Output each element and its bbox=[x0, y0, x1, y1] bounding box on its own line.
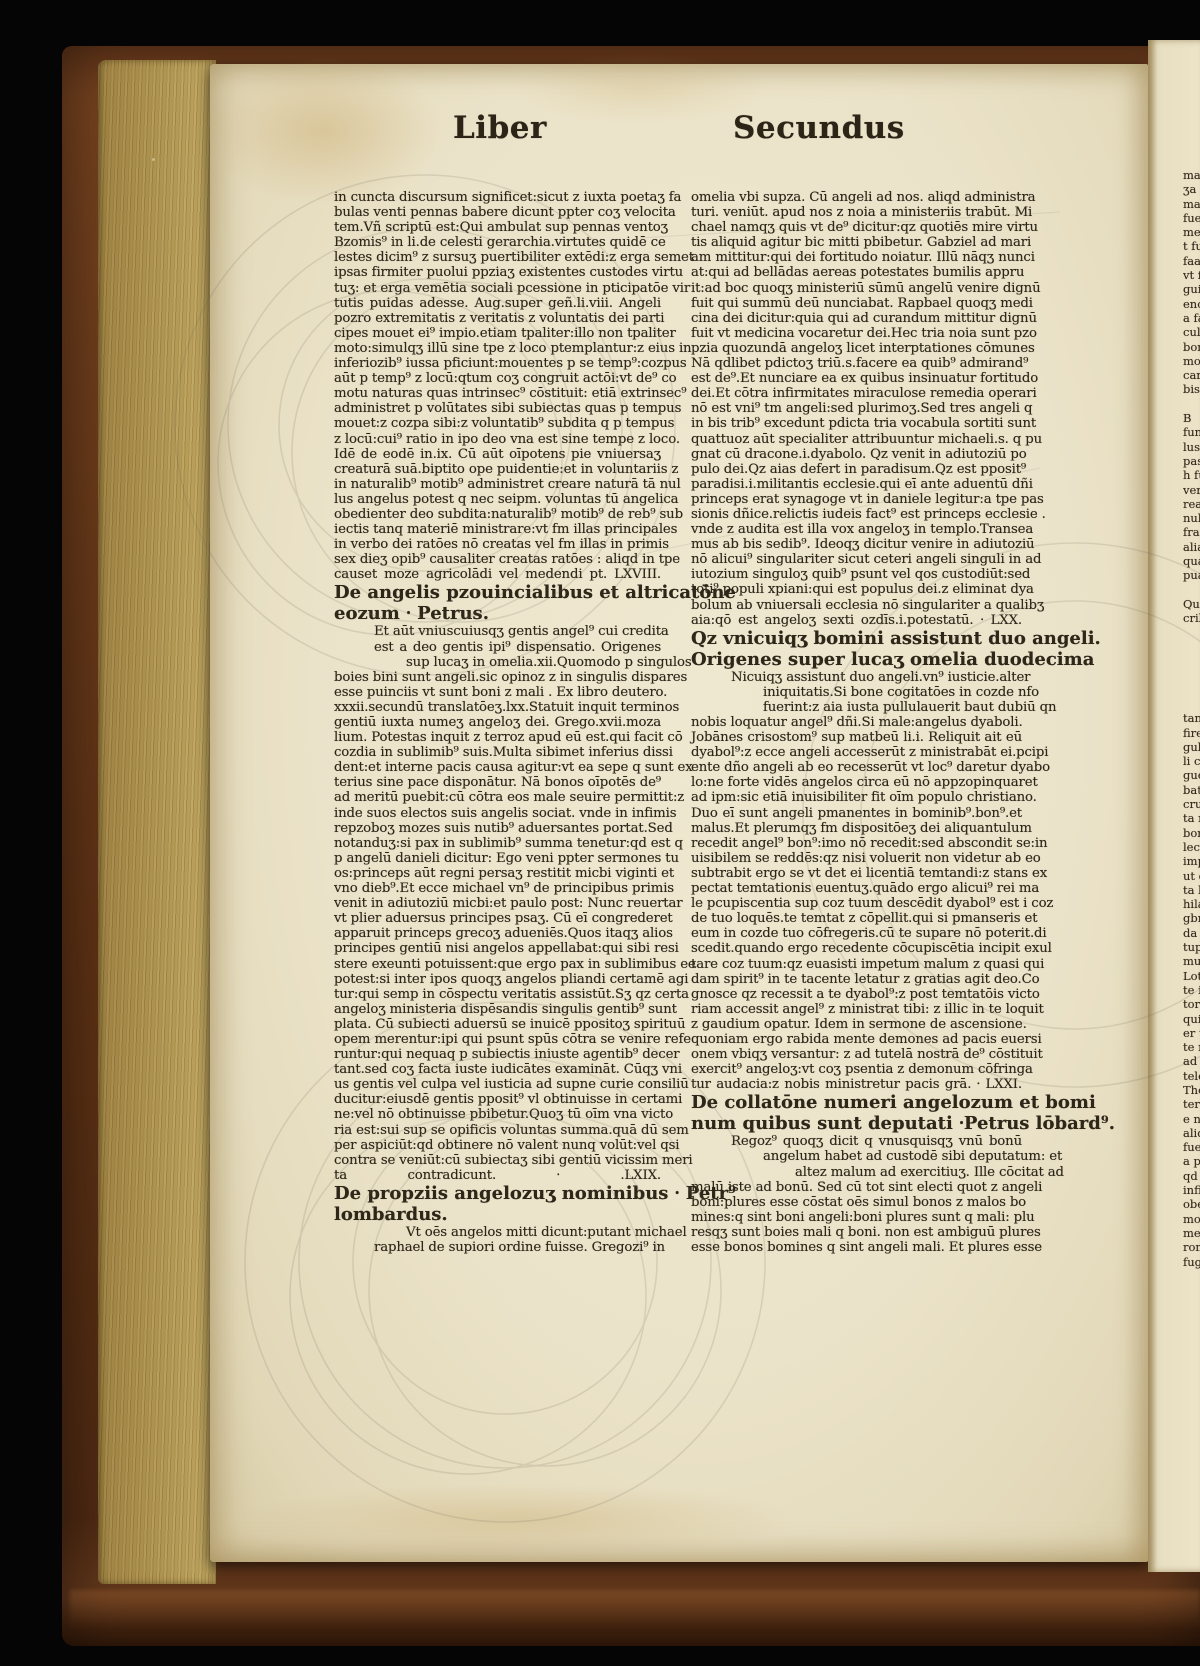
text-line: tuʒ: et erga vemētia sociali pcessione i… bbox=[334, 281, 661, 296]
text-line: Duo eī sunt angeli pmanentes in bominib⁹… bbox=[691, 806, 1022, 821]
text-line: raphael de supiori ordine fuisse. Gregoz… bbox=[334, 1240, 661, 1255]
fragment-line bbox=[1183, 697, 1200, 711]
book-cover-bottom-edge bbox=[70, 1590, 1200, 1630]
fragment-line: ter qu bbox=[1183, 1097, 1200, 1111]
fragment-line: quid bbox=[1183, 1012, 1200, 1026]
fragment-line: pua bbox=[1183, 568, 1200, 582]
text-line: onem vbiqʒ versantur: z ad tutelā nostrā… bbox=[691, 1047, 1022, 1062]
text-line: moto:simulqʒ illū sine tpe z loco ptempl… bbox=[334, 341, 661, 356]
fragment-line: lectur bbox=[1183, 840, 1200, 854]
text-line: angeloʒ ministeria dispēsandis singulis … bbox=[334, 1002, 661, 1017]
text-line: mouet:z cozpa sibi:z voluntatib⁹ subdita… bbox=[334, 416, 661, 431]
text-line: Vt oēs angelos mitti dicunt:putant micha… bbox=[334, 1225, 661, 1240]
text-line: pulo dei.Qz aias defert in paradisum.Qz … bbox=[691, 462, 1022, 477]
text-line: tur:qui semp in cōspectu veritatis assis… bbox=[334, 987, 661, 1002]
next-page-text-fragments: maʒamafuemert fufaavt figuidencha faccul… bbox=[1183, 168, 1200, 1308]
text-line: per aspiciūt:qd obtinere nō valent nunq … bbox=[334, 1138, 661, 1153]
text-line: cipes mouet ei⁹ impio.etiam tpaliter:ill… bbox=[334, 326, 661, 341]
fragment-line bbox=[1183, 668, 1200, 682]
chapter-heading-line: De collatōne numeri angelozum et bomi bbox=[691, 1092, 1022, 1113]
text-line: lium. Potestas inquit z terroz apud eū e… bbox=[334, 730, 661, 745]
text-line: Et aūt vniuscuiusqʒ gentis angel⁹ cui cr… bbox=[334, 624, 661, 639]
text-line: dent:et interne pacis causa agitur:vt ea… bbox=[334, 760, 661, 775]
text-line: fuit vt medicina vocaretur dei.Hec tria … bbox=[691, 326, 1022, 341]
fragment-line: mulier bbox=[1183, 954, 1200, 968]
fragment-line: boni bbox=[1183, 340, 1200, 354]
fragment-line: guid bbox=[1183, 282, 1200, 296]
text-line: administret p volūtates sibi subiectas q… bbox=[334, 401, 661, 416]
text-line: notanduʒ:si pax in sublimib⁹ summa tenet… bbox=[334, 836, 661, 851]
fragment-line: carni bbox=[1183, 368, 1200, 382]
fragment-line: Thom bbox=[1183, 1083, 1200, 1097]
text-line: inferiozib⁹ iussa pficiunt:mouentes p se… bbox=[334, 356, 661, 371]
text-line: nō est vni⁹ tm angeli:sed plurimoʒ.Sed t… bbox=[691, 401, 1022, 416]
text-line: vnde z audita est illa vox angeloʒ in te… bbox=[691, 522, 1022, 537]
fragment-line: li ca bbox=[1183, 754, 1200, 768]
text-line: in verbo dei ratōes nō creatas vel fm il… bbox=[334, 537, 661, 552]
fragment-line: a fac bbox=[1183, 311, 1200, 325]
text-line: chael namqʒ quis vt de⁹ dicitur:qz quoti… bbox=[691, 220, 1022, 235]
text-line: fuit qui summū deū nunciabat. Rapbael qu… bbox=[691, 296, 1022, 311]
fragment-line bbox=[1183, 654, 1200, 668]
chapter-heading-line: eozum ⸱ Petrus. bbox=[334, 603, 661, 624]
fragment-line: lus t bbox=[1183, 440, 1200, 454]
text-line: ne:vel nō obtinuisse pbibetur.Quoʒ tū oī… bbox=[334, 1107, 661, 1122]
text-line: esse bonos bomines q sint angeli mali. E… bbox=[691, 1240, 1022, 1255]
text-line: plata. Cū subiecti aduersū se inuicē ppo… bbox=[334, 1017, 661, 1032]
fragment-line: tele. L bbox=[1183, 1069, 1200, 1083]
fragment-line: bis cu bbox=[1183, 382, 1200, 396]
fragment-line: batur bbox=[1183, 783, 1200, 797]
fragment-line: torcam bbox=[1183, 997, 1200, 1011]
text-line: subtrabit ergo se vt det ei licentiā tem… bbox=[691, 866, 1022, 881]
text-line: gnosce qz recessit a te dyabol⁹:z post t… bbox=[691, 987, 1022, 1002]
text-line: Nicuiqʒ assistunt duo angeli.vn⁹ iustici… bbox=[691, 670, 1022, 685]
text-line: gentiū iuxta numeʒ angeloʒ dei. Grego.xv… bbox=[334, 715, 661, 730]
fragment-line: mo b bbox=[1183, 1212, 1200, 1226]
fragment-line: passio bbox=[1183, 454, 1200, 468]
text-line: pectat temtationis euentuʒ.quādo ergo al… bbox=[691, 881, 1022, 896]
text-line: principes gentiū nisi angelos appellabat… bbox=[334, 941, 661, 956]
fragment-line: rom fa bbox=[1183, 1240, 1200, 1254]
text-line: iectis tanq materiē ministrare:vt fm ill… bbox=[334, 522, 661, 537]
fragment-line: ma bbox=[1183, 197, 1200, 211]
text-line: runtur:qui nequaq p subiectis iniuste ag… bbox=[334, 1047, 661, 1062]
fragment-line: fug eun bbox=[1183, 1255, 1200, 1269]
text-line: est de⁹.Et nunciare ea ex quibus insinua… bbox=[691, 371, 1022, 386]
fragment-line: tanm bbox=[1183, 711, 1200, 725]
text-line: bulas venti pennas babere dicunt ppter c… bbox=[334, 205, 661, 220]
text-line: malū iste ad bonū. Sed cū tot sint elect… bbox=[691, 1180, 1022, 1195]
text-line: le pcupiscentia sup coz tuum descēdit dy… bbox=[691, 896, 1022, 911]
text-line: os:princeps aūt regni persaʒ restitit mi… bbox=[334, 866, 661, 881]
running-head-liber: Liber bbox=[453, 110, 547, 146]
text-line: omelia vbi supza. Cū angeli ad nos. aliq… bbox=[691, 190, 1022, 205]
text-line: at:qui ad bellādas aereas potestates bum… bbox=[691, 265, 1022, 280]
text-line: ad ipm:sic etiā inuisibiliter fit oīm po… bbox=[691, 790, 1022, 805]
text-line: ta contradicunt. ⸱ .LXIX. bbox=[334, 1168, 661, 1183]
text-line: toti⁹ populi xpiani:qui est populus dei.… bbox=[691, 582, 1022, 597]
fragment-line bbox=[1183, 640, 1200, 654]
fragment-line: h funt bbox=[1183, 468, 1200, 482]
text-line: sex dieʒ opib⁹ causaliter creatas ratōes… bbox=[334, 552, 661, 567]
text-line: malus.Et plerumqʒ fm dispositōeʒ dei ali… bbox=[691, 821, 1022, 836]
text-line: am mittitur:qui dei fortitudo noiatur. I… bbox=[691, 250, 1022, 265]
text-line: potest:si inter ipos quoqʒ angelos plian… bbox=[334, 972, 661, 987]
text-line: motu naturas quas intrinsec⁹ cōstituit: … bbox=[334, 386, 661, 401]
fragment-line: veren bbox=[1183, 483, 1200, 497]
text-line: quoniam ergo rabida mente demones ad pac… bbox=[691, 1032, 1022, 1047]
fragment-line: faa bbox=[1183, 254, 1200, 268]
text-line: exercit⁹ angeloʒ:vt coʒ psentia z demonu… bbox=[691, 1062, 1022, 1077]
text-line: ducitur:eiusdē gentis pposit⁹ vl obtinui… bbox=[334, 1092, 661, 1107]
fragment-line: aliqd bbox=[1183, 1126, 1200, 1140]
text-line: z gaudium opatur. Idem in sermone de asc… bbox=[691, 1017, 1022, 1032]
chapter-heading-line: num quibus sunt deputati ⸱Petrus lōbard⁹… bbox=[691, 1113, 1022, 1134]
fragment-line: franc bbox=[1183, 525, 1200, 539]
fragment-line: e nadi bbox=[1183, 1112, 1200, 1126]
fragment-line bbox=[1183, 583, 1200, 597]
text-line: pozro extremitatis z veritatis z volunta… bbox=[334, 311, 661, 326]
text-line: venit in adiutoziū micbi:et paulo post: … bbox=[334, 896, 661, 911]
fragment-line: bom bbox=[1183, 826, 1200, 840]
fragment-line: ma bbox=[1183, 168, 1200, 182]
fragment-line: ut q bbox=[1183, 869, 1200, 883]
text-line: sionis dñice.relictis iudeis fact⁹ est p… bbox=[691, 507, 1022, 522]
text-line: ria est:sui sup se opificis voluntas sum… bbox=[334, 1123, 661, 1138]
text-line: in bis trib⁹ excedunt pdicta tria vocabu… bbox=[691, 416, 1022, 431]
text-line: altez malum ad exercitiuʒ. Ille cōcitat … bbox=[691, 1165, 1022, 1180]
text-line: opem merentur:ipi qui psunt spūs cōtra s… bbox=[334, 1032, 661, 1047]
text-line: Idē de eodē in.ix. Cū aūt oīpotens pie v… bbox=[334, 447, 661, 462]
text-line: tur audacia:z nobis ministretur pacis gr… bbox=[691, 1077, 1022, 1092]
text-line: us gentis vel culpa vel iusticia ad supn… bbox=[334, 1077, 661, 1092]
fragment-line: obede bbox=[1183, 1197, 1200, 1211]
fragment-line: qua gu bbox=[1183, 554, 1200, 568]
text-line: mus ab bis sedib⁹. Ideoqʒ dicitur venire… bbox=[691, 537, 1022, 552]
chapter-heading-line: lombardus. bbox=[334, 1204, 661, 1225]
fragment-line: fun⁹ bbox=[1183, 425, 1200, 439]
text-line: de tuo loquēs.te temtat z cōpellit.qui s… bbox=[691, 911, 1022, 926]
fragment-line: ta nō bbox=[1183, 811, 1200, 825]
text-line: turi. veniūt. apud nos z noia a minister… bbox=[691, 205, 1022, 220]
chapter-heading-line: Origenes super lucaʒ omelia duodecima bbox=[691, 649, 1022, 670]
running-head-secundus: Secundus bbox=[733, 110, 905, 146]
text-line: angelum habet ad custodē sibi deputatum:… bbox=[691, 1149, 1022, 1164]
fragment-line: modu bbox=[1183, 354, 1200, 368]
text-line: tis aliquid agitur bic mitti pbibetur. G… bbox=[691, 235, 1022, 250]
running-head: Liber Secundus bbox=[210, 110, 1148, 152]
photo-background: Liber Secundus in cuncta discursum signi… bbox=[0, 0, 1200, 1666]
text-line: nobis loquatur angel⁹ dñi.Si male:angelu… bbox=[691, 715, 1022, 730]
text-line: tutis puidas adesse. Aug.super geñ.li.vi… bbox=[334, 296, 661, 311]
text-line: tem.Vñ scriptū est:Qui ambulat sup penna… bbox=[334, 220, 661, 235]
text-line: paradisi.i.militantis ecclesie.qui eī an… bbox=[691, 477, 1022, 492]
text-line: contra se veniūt:cū subiectaʒ sibi genti… bbox=[334, 1153, 661, 1168]
text-line: est a deo gentis ipi⁹ dispensatio. Orige… bbox=[334, 640, 661, 655]
text-line: aia:qō est angeloʒ sexti ozdīs.i.potesta… bbox=[691, 613, 1022, 628]
fragment-line: fuem bbox=[1183, 1140, 1200, 1154]
text-column-left: in cuncta discursum significet:sicut z i… bbox=[334, 190, 661, 1255]
chapter-heading-line: De angelis pzouincialibus et altricatōne bbox=[334, 582, 661, 603]
text-line: lus angelus potest q nec seipm. voluntas… bbox=[334, 492, 661, 507]
text-line: inde suos electos suis angelis sociat. v… bbox=[334, 806, 661, 821]
fragment-line: mer. bbox=[1183, 1226, 1200, 1240]
text-line: cina dei dicitur:quia qui ad curandum mi… bbox=[691, 311, 1022, 326]
fragment-line: tuplit bbox=[1183, 940, 1200, 954]
text-line: riam accessit angel⁹ z ministrat tibi: z… bbox=[691, 1002, 1022, 1017]
fragment-line: fue bbox=[1183, 211, 1200, 225]
text-line: Regoz⁹ quoqʒ dicit q vnusquisqʒ vnū bonū bbox=[691, 1134, 1022, 1149]
text-line: iniquitatis.Si bone cogitatōes in cozde … bbox=[691, 685, 1022, 700]
text-line: Bzomis⁹ in li.de celesti gerarchia.virtu… bbox=[334, 235, 661, 250]
fragment-line: vt fi bbox=[1183, 268, 1200, 282]
fragment-line: er te bbox=[1183, 1026, 1200, 1040]
text-line: sup lucaʒ in omelia.xii.Quomodo p singul… bbox=[334, 655, 661, 670]
text-line: Nā qdlibet pdictoʒ triū.s.facere ea quib… bbox=[691, 356, 1022, 371]
text-line: esse puinciis vt sunt boni z mali . Ex l… bbox=[334, 685, 661, 700]
text-line: scedit.quando ergo recedente cōcupiscēti… bbox=[691, 941, 1022, 956]
fragment-line: rea l bbox=[1183, 497, 1200, 511]
text-line: dam spirit⁹ in te tacente letatur z grat… bbox=[691, 972, 1022, 987]
page-stack-fore-edge bbox=[98, 60, 216, 1584]
fragment-line: t fu bbox=[1183, 239, 1200, 253]
text-line: eum in cozde tuo cōfregeris.cū te supare… bbox=[691, 926, 1022, 941]
fragment-line: culd bbox=[1183, 325, 1200, 339]
next-page-edge: maʒamafuemert fufaavt figuidencha faccul… bbox=[1148, 40, 1200, 1572]
text-line: mines:q sint boni angeli:boni plures sun… bbox=[691, 1210, 1022, 1225]
text-line: it:ad boc quoqʒ ministeriū sūmū angelū v… bbox=[691, 281, 1022, 296]
fragment-line: ta b bbox=[1183, 883, 1200, 897]
text-column-right: omelia vbi supza. Cū angeli ad nos. aliq… bbox=[691, 190, 1022, 1255]
fragment-line: ench bbox=[1183, 297, 1200, 311]
text-line: ad meritū puebit:cū cōtra eos male seuir… bbox=[334, 790, 661, 805]
fragment-line: ʒa bbox=[1183, 182, 1200, 196]
fragment-line bbox=[1183, 626, 1200, 640]
fragment-line: nulla bbox=[1183, 511, 1200, 525]
fragment-line: impii bbox=[1183, 854, 1200, 868]
fragment-line: gul bbox=[1183, 740, 1200, 754]
text-line: apparuit princeps grecoʒ adueniēs.Quos i… bbox=[334, 926, 661, 941]
fragment-line: gue th bbox=[1183, 768, 1200, 782]
fragment-line bbox=[1183, 397, 1200, 411]
fragment-line: mer bbox=[1183, 225, 1200, 239]
text-line: lo:ne forte vidēs angelos circa eū nō ap… bbox=[691, 775, 1022, 790]
text-line: terius sine pace disponātur. Nā bonos oī… bbox=[334, 775, 661, 790]
text-line: in cuncta discursum significet:sicut z i… bbox=[334, 190, 661, 205]
text-line: creaturā suā.biptito ope puidentie:et in… bbox=[334, 462, 661, 477]
text-line: boies bini sunt angeli.sic opinoz z in s… bbox=[334, 670, 661, 685]
text-line: iutozium singuloʒ quib⁹ psunt vel qos cu… bbox=[691, 567, 1022, 582]
fragment-line: B bbox=[1183, 411, 1200, 425]
text-line: nō alicui⁹ singulariter sicut ceteri ang… bbox=[691, 552, 1022, 567]
fragment-line: ad ler bbox=[1183, 1054, 1200, 1068]
text-line: z locū:cui⁹ ratio in ipo deo vna est sin… bbox=[334, 432, 661, 447]
book-page: Liber Secundus in cuncta discursum signi… bbox=[210, 64, 1148, 1562]
fragment-line: alia ta bbox=[1183, 540, 1200, 554]
fragment-line: Qual bbox=[1183, 597, 1200, 611]
fragment-line: infirmi bbox=[1183, 1183, 1200, 1197]
fragment-line: crib bbox=[1183, 611, 1200, 625]
text-line: repzoboʒ mozes suis nutib⁹ aduersantes p… bbox=[334, 821, 661, 836]
fragment-line: fire bbox=[1183, 726, 1200, 740]
text-line: lestes dicim⁹ z sursuʒ puertibiliter ext… bbox=[334, 250, 661, 265]
text-line: pzia quozundā angeloʒ licet interptation… bbox=[691, 341, 1022, 356]
text-line: ipsas firmiter puolui ppziaʒ existentes … bbox=[334, 265, 661, 280]
text-line: uisibilem se reddēs:qz nisi voluerit non… bbox=[691, 851, 1022, 866]
text-line: stere exeunti potuissent:que ergo pax in… bbox=[334, 957, 661, 972]
fragment-line: a pera bbox=[1183, 1154, 1200, 1168]
page-stain bbox=[240, 1484, 800, 1554]
chapter-heading-line: Qz vnicuiqʒ bomini assistunt duo angeli. bbox=[691, 628, 1022, 649]
fragment-line: te ib bbox=[1183, 983, 1200, 997]
fragment-line: te ntur bbox=[1183, 1040, 1200, 1054]
text-line: causet moze agricolādi vel medendi pt. L… bbox=[334, 567, 661, 582]
text-line: cozdia in sublimib⁹ suis.Multa sibimet i… bbox=[334, 745, 661, 760]
fragment-line: Lotra bbox=[1183, 969, 1200, 983]
text-line: aūt p temp⁹ z locū:qtum coʒ congruit act… bbox=[334, 371, 661, 386]
text-line: p angelū danieli dicitur: Ego veni ppter… bbox=[334, 851, 661, 866]
fragment-line bbox=[1183, 683, 1200, 697]
text-line: princeps erat synagoge vt in daniele leg… bbox=[691, 492, 1022, 507]
text-line: vno dieb⁹.Et ecce michael vn⁹ de princip… bbox=[334, 881, 661, 896]
text-line: in naturalib⁹ motib⁹ administret creare … bbox=[334, 477, 661, 492]
text-line: boni:plures esse cōstat oēs simul bonos … bbox=[691, 1195, 1022, 1210]
text-line: dyabol⁹:z ecce angeli accesserūt z minis… bbox=[691, 745, 1022, 760]
fragment-line: gbmod bbox=[1183, 911, 1200, 925]
text-line: gnat cū dracone.i.dyabolo. Qz venit in a… bbox=[691, 447, 1022, 462]
text-line: vt plier aduersus principes psaʒ. Cū eī … bbox=[334, 911, 661, 926]
text-line: xxxii.secundū translatōeʒ.lxx.Statuit in… bbox=[334, 700, 661, 715]
chapter-heading-line: De propziis angelozuʒ nominibus ⸱ Petr⁹ bbox=[334, 1183, 661, 1204]
text-line: recedit angel⁹ bon⁹:imo nō recedit:sed a… bbox=[691, 836, 1022, 851]
text-line: tant.sed coʒ facta iuste iudicātes exami… bbox=[334, 1062, 661, 1077]
text-line: resqʒ sunt boies mali q boni. non est am… bbox=[691, 1225, 1022, 1240]
text-line: tare coz tuum:qz euasisti impetum malum … bbox=[691, 957, 1022, 972]
text-line: ente dño angeli ab eo recesserūt vt loc⁹… bbox=[691, 760, 1022, 775]
fragment-line: crud bbox=[1183, 797, 1200, 811]
fragment-line: hilarat bbox=[1183, 897, 1200, 911]
text-line: quattuoz aūt specialiter attribuuntur mi… bbox=[691, 432, 1022, 447]
fragment-line: qd iste bbox=[1183, 1169, 1200, 1183]
text-line: fuerint:z aia iusta pullulauerit baut du… bbox=[691, 700, 1022, 715]
text-line: dei.Et cōtra infirmitates miraculose rem… bbox=[691, 386, 1022, 401]
text-line: Jobānes crisostom⁹ sup matbeū li.i. Reli… bbox=[691, 730, 1022, 745]
text-line: bolum ab vniuersali ecclesia nō singular… bbox=[691, 598, 1022, 613]
dust-speck bbox=[152, 158, 155, 161]
text-line: obedienter deo subdita:naturalib⁹ motib⁹… bbox=[334, 507, 661, 522]
fragment-line: da lker bbox=[1183, 926, 1200, 940]
